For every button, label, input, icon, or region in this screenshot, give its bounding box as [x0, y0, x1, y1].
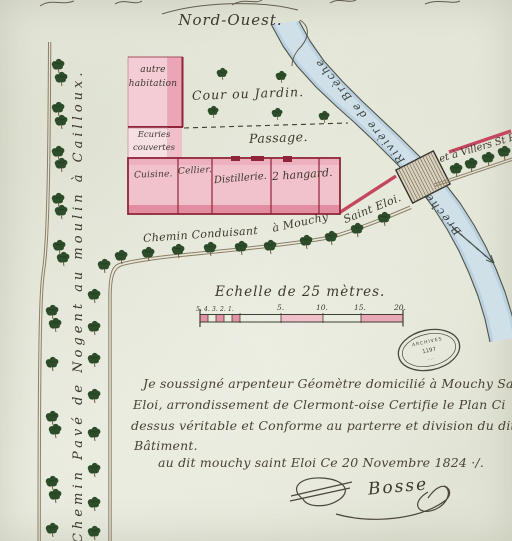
building-label-cuisine: Cuisine.: [134, 169, 173, 181]
stamp-line1: ARCHIVES: [412, 336, 444, 348]
building-label-cellier: Cellier.: [178, 165, 212, 177]
passage-label: Passage.: [249, 130, 308, 146]
scale-major-15: 15.: [354, 303, 366, 312]
certification-line3: dessus véritable et Conforme au parterre…: [131, 419, 512, 433]
scanned-plan-document: { "title": "Nord-Ouest.", "plan": { "bui…: [0, 0, 512, 541]
scale-subtick-1: 1.: [228, 306, 234, 313]
scale-bar: 5. 4. 3. 2. 1. 5. 10. 15. 20.: [196, 303, 406, 327]
left-road-upper-trees: [52, 59, 70, 266]
scale-major-10: 10.: [316, 303, 328, 312]
certification-line1: Je soussigné arpenteur Géomètre domicili…: [143, 377, 512, 391]
left-road-label: Chemin Pavé de Nogent au moulin à Caillo…: [71, 48, 86, 541]
scale-major-5: 5.: [277, 303, 284, 312]
stamp-line3: · · ·: [427, 357, 435, 363]
archive-stamp: ARCHIVES 1197 · · ·: [395, 324, 464, 376]
handwriting-flourishes: [40, 0, 460, 66]
scale-subtick-5: 5.: [196, 306, 202, 313]
certification-line2: Eloi, arrondissement de Clermont-oise Ce…: [133, 398, 506, 412]
certification-line5: au dit mouchy saint Eloi Ce 20 Novembre …: [158, 456, 484, 470]
scale-subtick-4: 4.: [203, 306, 210, 313]
stamp-line2: 1197: [422, 346, 437, 355]
scale-subtick-3: 3.: [212, 306, 218, 313]
scale-major-20: 20.: [393, 303, 406, 312]
passage-dashed-line: [184, 123, 348, 128]
scale-title: Echelle de 25 mètres.: [215, 285, 385, 301]
building-label-autre-habitation: autre habitation: [128, 63, 178, 92]
building-label-ecuries: Ecuries couvertes: [126, 129, 182, 155]
certification-line4: Bâtiment.: [134, 439, 198, 453]
page-title: Nord-Ouest.: [158, 12, 303, 29]
scale-subtick-2: 2.: [219, 306, 226, 313]
